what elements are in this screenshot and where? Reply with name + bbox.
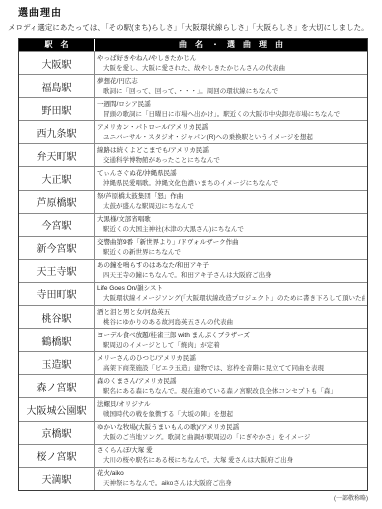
document-page: 選曲理由 メロディ選定にあたっては、「その駅(まち)らしさ」「大阪環状線らしさ」… bbox=[0, 0, 382, 509]
table-row: 森ノ宮駅 森のくまさん/アメリカ民謡 駅名にある森にちなんで。現在進めている森ノ… bbox=[19, 374, 367, 397]
song-title-line: 大黒様/文部省唱歌 bbox=[97, 215, 365, 225]
song-title-line: Life Goes On/韻シスト bbox=[97, 284, 365, 294]
song-title-line: 夢想花/円広志 bbox=[97, 77, 365, 87]
station-name-cell: 芦原橋駅 bbox=[19, 191, 95, 213]
selection-reason-line: 駅近くの大国主神社(木津の大黒さん)にちなんで bbox=[97, 225, 365, 235]
honorifics-footnote: (一部敬称略) bbox=[18, 493, 368, 502]
song-reason-cell: アメリカン・パトロール/アメリカ民謡 ユニバーサル・スタジオ・ジャパン(R)への… bbox=[95, 121, 367, 143]
song-reason-cell: ヨーデル食べ放題/桂雀三郎 with まんぷくブラザーズ 駅周辺のイメージとして… bbox=[95, 329, 367, 351]
station-name-cell: 京橋駅 bbox=[19, 422, 95, 444]
song-reason-cell: 花火/aiko 天神祭にちなんで。aikoさんは大阪府ご出身 bbox=[95, 468, 367, 490]
song-title-line: アメリカン・パトロール/アメリカ民謡 bbox=[97, 123, 365, 133]
table-row: 大正駅 てぃんさぐぬ花/沖縄県民謡 沖縄県民愛唱歌。沖縄文化色濃いまちのイメージ… bbox=[19, 166, 367, 189]
table-row: 玉造駅 メリーさんのひつじ/アメリカ民謡 高架下商業施設「ビエラ玉造」建物では、… bbox=[19, 351, 367, 374]
selection-reason-line: 高架下商業施設「ビエラ玉造」建物では、窓枠を音階に見立てて同曲を表現 bbox=[97, 364, 365, 374]
song-title-line: 一週間/ロシア民謡 bbox=[97, 100, 365, 110]
table-header-row: 駅 名 曲 名 ・ 選 曲 理 由 bbox=[19, 39, 367, 51]
selection-reason-line: 駅名にある森にちなんで。現在進めている森ノ宮駅改良全体コンセプトも「森」 bbox=[97, 387, 365, 397]
station-name-cell: 天王寺駅 bbox=[19, 260, 95, 282]
station-name-cell: 天満駅 bbox=[19, 468, 95, 490]
selection-reason-line: 大川の桜や駅名にある桜にちなんで。大塚 愛さんは大阪府ご出身 bbox=[97, 456, 365, 466]
selection-reason-line: 交通科学博物館があったことにちなんで bbox=[97, 156, 365, 166]
selection-reason-line: 大阪のご当地ソング。歌詞と曲調が駅周辺の「にぎやかさ」をイメージ bbox=[97, 433, 365, 443]
station-melody-table: 駅 名 曲 名 ・ 選 曲 理 由 大阪駅 やっぱ好きやねん/やしきたかじん 大… bbox=[18, 38, 368, 491]
table-row: 大阪城公園駅 法螺貝/オリジナル 戦国時代の戦を象徴する「大坂の陣」を想起 bbox=[19, 397, 367, 420]
song-reason-cell: ゆかいな牧場(大阪うまいもんの歌)/アメリカ民謡 大阪のご当地ソング。歌詞と曲調… bbox=[95, 422, 367, 444]
song-reason-cell: 森のくまさん/アメリカ民謡 駅名にある森にちなんで。現在進めている森ノ宮駅改良全… bbox=[95, 375, 367, 397]
station-name-cell: 玉造駅 bbox=[19, 352, 95, 374]
table-row: 京橋駅 ゆかいな牧場(大阪うまいもんの歌)/アメリカ民謡 大阪のご当地ソング。歌… bbox=[19, 421, 367, 444]
song-title-line: 交響曲第9番「新世界より」/ドヴォルザーク作曲 bbox=[97, 238, 365, 248]
song-reason-cell: 線路は続くよどこまでも/アメリカ民謡 交通科学博物館があったことにちなんで bbox=[95, 144, 367, 166]
table-row: 寺田町駅 Life Goes On/韻シスト 大阪環状線イメージソング(「大阪環… bbox=[19, 282, 367, 305]
song-reason-cell: メリーさんのひつじ/アメリカ民謡 高架下商業施設「ビエラ玉造」建物では、窓枠を音… bbox=[95, 352, 367, 374]
song-reason-cell: てぃんさぐぬ花/沖縄県民謡 沖縄県民愛唱歌。沖縄文化色濃いまちのイメージにちなん… bbox=[95, 167, 367, 189]
selection-reason-line: 天神祭にちなんで。aikoさんは大阪府ご出身 bbox=[97, 479, 365, 489]
station-name-cell: 大阪城公園駅 bbox=[19, 398, 95, 420]
song-reason-cell: 酒と泪と男と女/河島英五 桃谷にゆかりのある故河島英五さんの代表曲 bbox=[95, 306, 367, 328]
table-row: 鶴橋駅 ヨーデル食べ放題/桂雀三郎 with まんぷくブラザーズ 駅周辺のイメー… bbox=[19, 328, 367, 351]
song-reason-cell: 法螺貝/オリジナル 戦国時代の戦を象徴する「大坂の陣」を想起 bbox=[95, 398, 367, 420]
selection-reason-line: 大阪を愛し、大阪に愛された、故やしきたかじんさんの代表曲 bbox=[97, 64, 365, 74]
page-title: 選曲理由 bbox=[18, 4, 62, 19]
table-row: 弁天町駅 線路は続くよどこまでも/アメリカ民謡 交通科学博物館があったことにちな… bbox=[19, 143, 367, 166]
station-name-cell: 桃谷駅 bbox=[19, 306, 95, 328]
station-name-cell: 西九条駅 bbox=[19, 121, 95, 143]
song-reason-cell: 夢想花/円広志 歌詞に「回って、回って、・・・」。周回の環状線にちなんで bbox=[95, 75, 367, 97]
table-row: 西九条駅 アメリカン・パトロール/アメリカ民謡 ユニバーサル・スタジオ・ジャパン… bbox=[19, 120, 367, 143]
song-title-line: 酒と泪と男と女/河島英五 bbox=[97, 308, 365, 318]
table-row: 桃谷駅 酒と泪と男と女/河島英五 桃谷にゆかりのある故河島英五さんの代表曲 bbox=[19, 305, 367, 328]
song-title-line: やっぱ好きやねん/やしきたかじん bbox=[97, 54, 365, 64]
table-row: 今宮駅 大黒様/文部省唱歌 駅近くの大国主神社(木津の大黒さん)にちなんで bbox=[19, 213, 367, 236]
selection-reason-line: 大阪環状線イメージソング(「大阪環状線改造プロジェクト」のために書き下ろして頂い… bbox=[97, 294, 365, 304]
song-reason-cell: あの鐘を鳴らすのはあなた/和田アキ子 四天王寺の鐘にちなんで。和田アキ子さんは大… bbox=[95, 260, 367, 282]
song-title-line: ヨーデル食べ放題/桂雀三郎 with まんぷくブラザーズ bbox=[97, 331, 365, 341]
station-name-cell: 大正駅 bbox=[19, 167, 95, 189]
song-reason-cell: 大黒様/文部省唱歌 駅近くの大国主神社(木津の大黒さん)にちなんで bbox=[95, 214, 367, 236]
station-name-cell: 寺田町駅 bbox=[19, 283, 95, 305]
song-title-line: メリーさんのひつじ/アメリカ民謡 bbox=[97, 354, 365, 364]
selection-reason-line: 駅近くの新世界にちなんで bbox=[97, 248, 365, 258]
selection-reason-line: ユニバーサル・スタジオ・ジャパン(R)への乗換駅というイメージを想起 bbox=[97, 133, 365, 143]
table-row: 新今宮駅 交響曲第9番「新世界より」/ドヴォルザーク作曲 駅近くの新世界にちなん… bbox=[19, 236, 367, 259]
station-name-cell: 今宮駅 bbox=[19, 214, 95, 236]
table-row: 桜ノ宮駅 さくらんぼ/大塚 愛 大川の桜や駅名にある桜にちなんで。大塚 愛さんは… bbox=[19, 444, 367, 467]
song-reason-cell: Life Goes On/韻シスト 大阪環状線イメージソング(「大阪環状線改造プ… bbox=[95, 283, 367, 305]
song-title-line: ゆかいな牧場(大阪うまいもんの歌)/アメリカ民謡 bbox=[97, 423, 365, 433]
song-title-line: 線路は続くよどこまでも/アメリカ民謡 bbox=[97, 146, 365, 156]
selection-reason-line: 桃谷にゆかりのある故河島英五さんの代表曲 bbox=[97, 318, 365, 328]
station-name-cell: 森ノ宮駅 bbox=[19, 375, 95, 397]
station-name-cell: 新今宮駅 bbox=[19, 237, 95, 259]
station-column-header: 駅 名 bbox=[19, 39, 95, 51]
song-reason-cell: 一週間/ロシア民謡 冒頭の歌詞に「日曜日に市場へ出かけ」。駅近くの大阪市中央卸売… bbox=[95, 98, 367, 120]
song-reason-cell: さくらんぼ/大塚 愛 大川の桜や駅名にある桜にちなんで。大塚 愛さんは大阪府ご出… bbox=[95, 445, 367, 467]
selection-reason-line: 太鼓が盛んな駅周辺にちなんで bbox=[97, 202, 365, 212]
song-title-line: あの鐘を鳴らすのはあなた/和田アキ子 bbox=[97, 261, 365, 271]
song-title-line: 祭/芦原橋太鼓集団「怒」作曲 bbox=[97, 192, 365, 202]
station-name-cell: 弁天町駅 bbox=[19, 144, 95, 166]
song-reason-cell: 祭/芦原橋太鼓集団「怒」作曲 太鼓が盛んな駅周辺にちなんで bbox=[95, 191, 367, 213]
selection-reason-line: 歌詞に「回って、回って、・・・」。周回の環状線にちなんで bbox=[97, 87, 365, 97]
table-row: 大阪駅 やっぱ好きやねん/やしきたかじん 大阪を愛し、大阪に愛された、故やしきた… bbox=[19, 51, 367, 74]
table-row: 福島駅 夢想花/円広志 歌詞に「回って、回って、・・・」。周回の環状線にちなんで bbox=[19, 74, 367, 97]
selection-reason-line: 四天王寺の鐘にちなんで。和田アキ子さんは大阪府ご出身 bbox=[97, 271, 365, 281]
table-row: 野田駅 一週間/ロシア民謡 冒頭の歌詞に「日曜日に市場へ出かけ」。駅近くの大阪市… bbox=[19, 97, 367, 120]
station-name-cell: 鶴橋駅 bbox=[19, 329, 95, 351]
song-title-line: てぃんさぐぬ花/沖縄県民謡 bbox=[97, 169, 365, 179]
song-title-line: 花火/aiko bbox=[97, 469, 365, 479]
selection-reason-line: 冒頭の歌詞に「日曜日に市場へ出かけ」。駅近くの大阪市中央卸売市場にちなんで bbox=[97, 110, 365, 120]
intro-note: メロディ選定にあたっては、「その駅(まち)らしさ」「大阪環状線らしさ」「大阪らし… bbox=[8, 22, 380, 33]
song-reason-cell: やっぱ好きやねん/やしきたかじん 大阪を愛し、大阪に愛された、故やしきたかじんさ… bbox=[95, 52, 367, 74]
station-name-cell: 福島駅 bbox=[19, 75, 95, 97]
table-row: 天満駅 花火/aiko 天神祭にちなんで。aikoさんは大阪府ご出身 bbox=[19, 467, 367, 490]
table-row: 芦原橋駅 祭/芦原橋太鼓集団「怒」作曲 太鼓が盛んな駅周辺にちなんで bbox=[19, 190, 367, 213]
table-body: 大阪駅 やっぱ好きやねん/やしきたかじん 大阪を愛し、大阪に愛された、故やしきた… bbox=[19, 51, 367, 490]
selection-reason-line: 駅周辺のイメージとして「焼肉」が定着 bbox=[97, 341, 365, 351]
station-name-cell: 野田駅 bbox=[19, 98, 95, 120]
selection-reason-line: 沖縄県民愛唱歌。沖縄文化色濃いまちのイメージにちなんで bbox=[97, 179, 365, 189]
station-name-cell: 桜ノ宮駅 bbox=[19, 445, 95, 467]
table-row: 天王寺駅 あの鐘を鳴らすのはあなた/和田アキ子 四天王寺の鐘にちなんで。和田アキ… bbox=[19, 259, 367, 282]
song-title-line: さくらんぼ/大塚 愛 bbox=[97, 446, 365, 456]
song-title-line: 法螺貝/オリジナル bbox=[97, 400, 365, 410]
song-title-line: 森のくまさん/アメリカ民謡 bbox=[97, 377, 365, 387]
song-reason-column-header: 曲 名 ・ 選 曲 理 由 bbox=[95, 39, 367, 51]
station-name-cell: 大阪駅 bbox=[19, 52, 95, 74]
song-reason-cell: 交響曲第9番「新世界より」/ドヴォルザーク作曲 駅近くの新世界にちなんで bbox=[95, 237, 367, 259]
selection-reason-line: 戦国時代の戦を象徴する「大坂の陣」を想起 bbox=[97, 410, 365, 420]
